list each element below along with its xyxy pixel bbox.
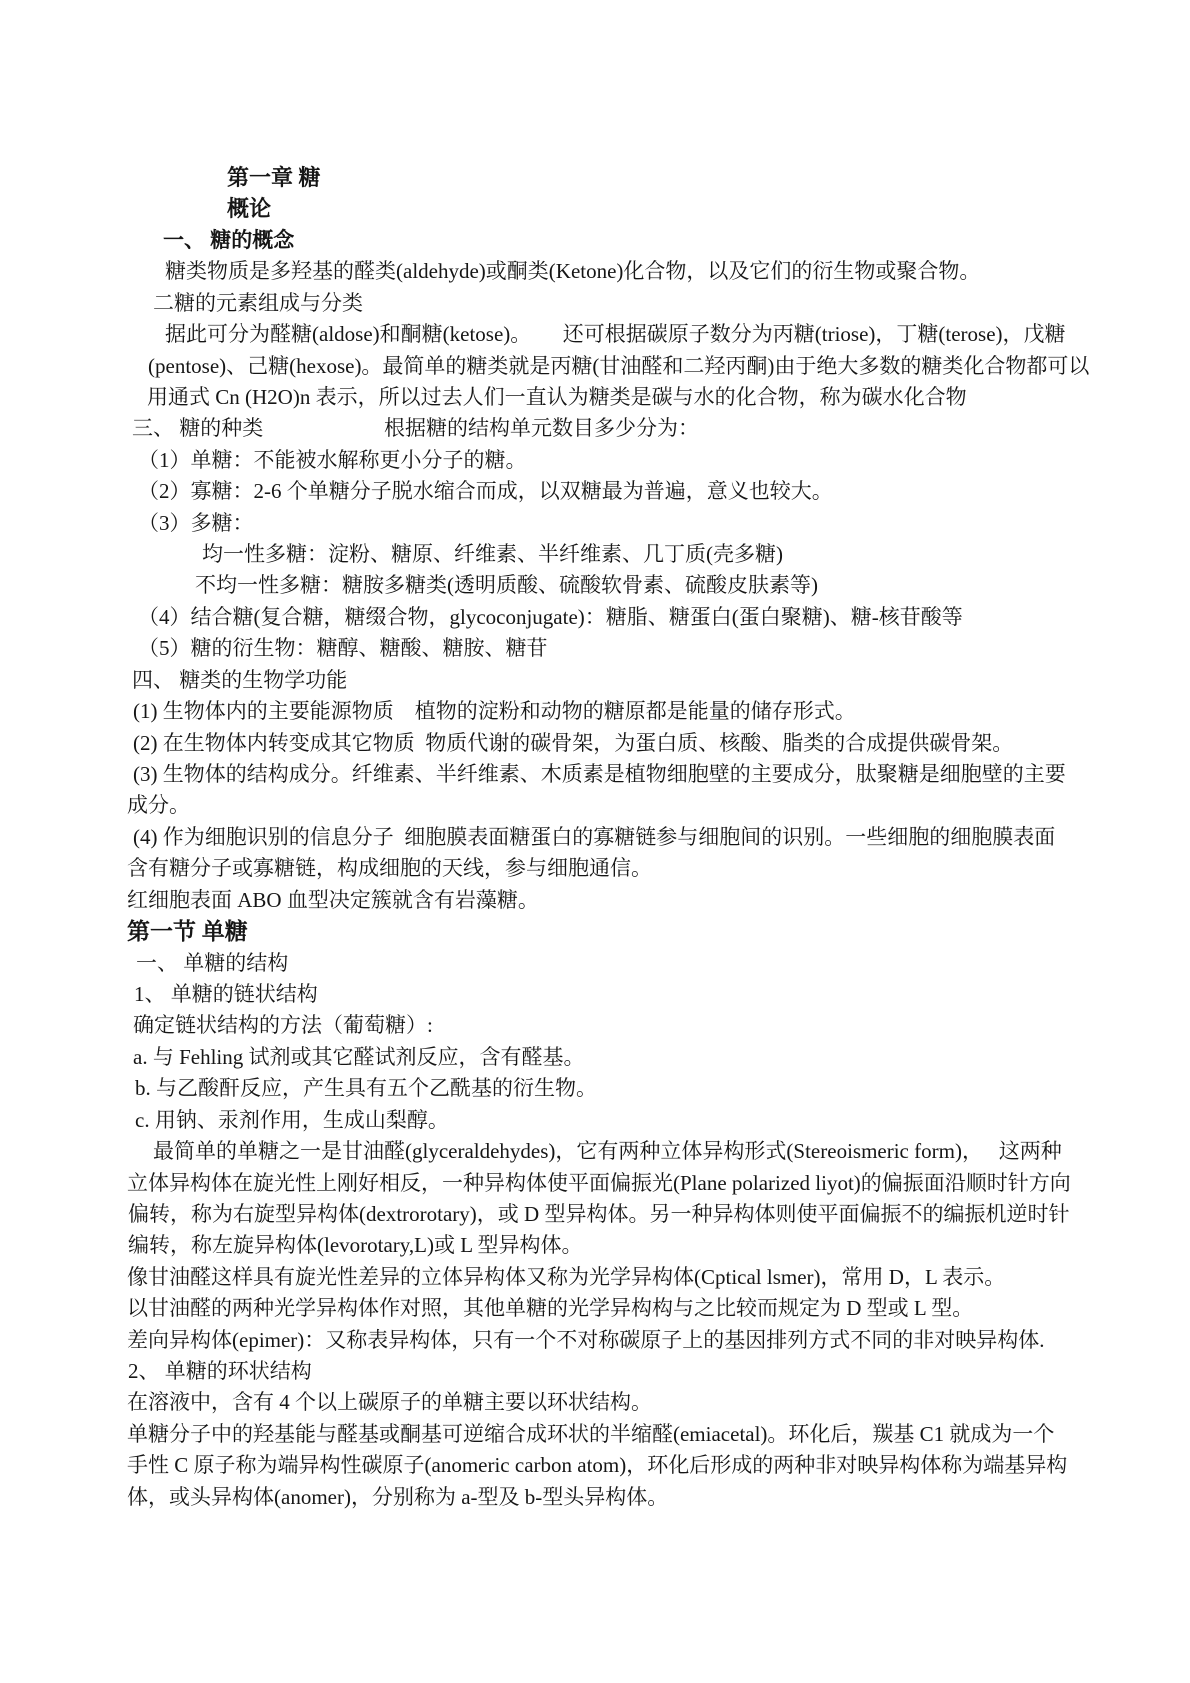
section-heading: 三、 糖的种类 根据糖的结构单元数目多少分为：: [127, 413, 1180, 444]
list-item: (3) 生物体的结构成分。纤维素、半纤维素、木质素是植物细胞壁的主要成分，肽聚糖…: [127, 759, 1180, 790]
body-line: 含有糖分子或寡糖链，构成细胞的天线，参与细胞通信。: [127, 853, 1180, 884]
document-page: 第一章 糖概论一、 糖的概念糖类物质是多羟基的醛类(aldehyde)或酮类(K…: [0, 0, 1190, 1683]
body-line: 成分。: [127, 790, 1180, 821]
body-line: 编转，称左旋异构体(levorotary,L)或 L 型异构体。: [127, 1230, 1180, 1261]
body-line: 红细胞表面 ABO 血型决定簇就含有岩藻糖。: [127, 885, 1180, 916]
chapter-subtitle: 概论: [127, 193, 1180, 224]
section-heading: 2、 单糖的环状结构: [127, 1356, 1180, 1387]
section-title: 第一节 单糖: [127, 916, 1180, 947]
list-item: (4) 作为细胞识别的信息分子 细胞膜表面糖蛋白的寡糖链参与细胞间的识别。一些细…: [127, 822, 1180, 853]
body-line: 在溶液中，含有 4 个以上碳原子的单糖主要以环状结构。: [127, 1387, 1180, 1418]
body-line: 糖类物质是多羟基的醛类(aldehyde)或酮类(Ketone)化合物，以及它们…: [127, 256, 1180, 287]
body-line: (pentose)、己糖(hexose)。最简单的糖类就是丙糖(甘油醛和二羟丙酮…: [127, 351, 1180, 382]
list-item: 不均一性多糖：糖胺多糖类(透明质酸、硫酸软骨素、硫酸皮肤素等): [127, 570, 1180, 601]
body-line: 二糖的元素组成与分类: [127, 288, 1180, 319]
body-line: 据此可分为醛糖(aldose)和酮糖(ketose)。 还可根据碳原子数分为丙糖…: [127, 319, 1180, 350]
body-line: 立体异构体在旋光性上刚好相反，一种异构体使平面偏振光(Plane polariz…: [127, 1168, 1180, 1199]
body-line: 差向异构体(epimer)：又称表异构体，只有一个不对称碳原子上的基因排列方式不…: [127, 1325, 1180, 1356]
list-item: (1) 生物体内的主要能源物质 植物的淀粉和动物的糖原都是能量的储存形式。: [127, 696, 1180, 727]
body-line: 确定链状结构的方法（葡萄糖）:: [127, 1010, 1180, 1041]
list-item: (2) 在生物体内转变成其它物质 物质代谢的碳骨架，为蛋白质、核酸、脂类的合成提…: [127, 728, 1180, 759]
list-item: b. 与乙酸酐反应，产生具有五个乙酰基的衍生物。: [127, 1073, 1180, 1104]
list-item: 均一性多糖：淀粉、糖原、纤维素、半纤维素、几丁质(壳多糖): [127, 539, 1180, 570]
section-heading: 四、 糖类的生物学功能: [127, 665, 1180, 696]
section-heading: 一、 单糖的结构: [127, 948, 1180, 979]
list-item: （3）多糖：: [127, 508, 1180, 539]
section-heading: 一、 糖的概念: [127, 225, 1180, 256]
list-item: （5）糖的衍生物：糖醇、糖酸、糖胺、糖苷: [127, 633, 1180, 664]
body-line: 以甘油醛的两种光学异构体作对照，其他单糖的光学异构构与之比较而规定为 D 型或 …: [127, 1293, 1180, 1324]
body-line: 偏转，称为右旋型异构体(dextrorotary)，或 D 型异构体。另一种异构…: [127, 1199, 1180, 1230]
chapter-title: 第一章 糖: [127, 162, 1180, 193]
list-item: （4）结合糖(复合糖，糖缀合物，glycoconjugate)：糖脂、糖蛋白(蛋…: [127, 602, 1180, 633]
list-item: （1）单糖：不能被水解称更小分子的糖。: [127, 445, 1180, 476]
body-line: 体，或头异构体(anomer)，分别称为 a-型及 b-型头异构体。: [127, 1482, 1180, 1513]
list-item: c. 用钠、汞剂作用，生成山梨醇。: [127, 1105, 1180, 1136]
body-line: 用通式 Cn (H2O)n 表示，所以过去人们一直认为糖类是碳与水的化合物，称为…: [127, 382, 1180, 413]
body-line: 像甘油醛这样具有旋光性差异的立体异构体又称为光学异构体(Cptical lsme…: [127, 1262, 1180, 1293]
section-heading: 1、 单糖的链状结构: [127, 979, 1180, 1010]
body-line: 手性 C 原子称为端异构性碳原子(anomeric carbon atom)，环…: [127, 1450, 1180, 1481]
list-item: （2）寡糖：2-6 个单糖分子脱水缩合而成，以双糖最为普遍，意义也较大。: [127, 476, 1180, 507]
body-line: 最简单的单糖之一是甘油醛(glyceraldehydes)，它有两种立体异构形式…: [127, 1136, 1180, 1167]
body-line: 单糖分子中的羟基能与醛基或酮基可逆缩合成环状的半缩醛(emiacetal)。环化…: [127, 1419, 1180, 1450]
list-item: a. 与 Fehling 试剂或其它醛试剂反应，含有醛基。: [127, 1042, 1180, 1073]
